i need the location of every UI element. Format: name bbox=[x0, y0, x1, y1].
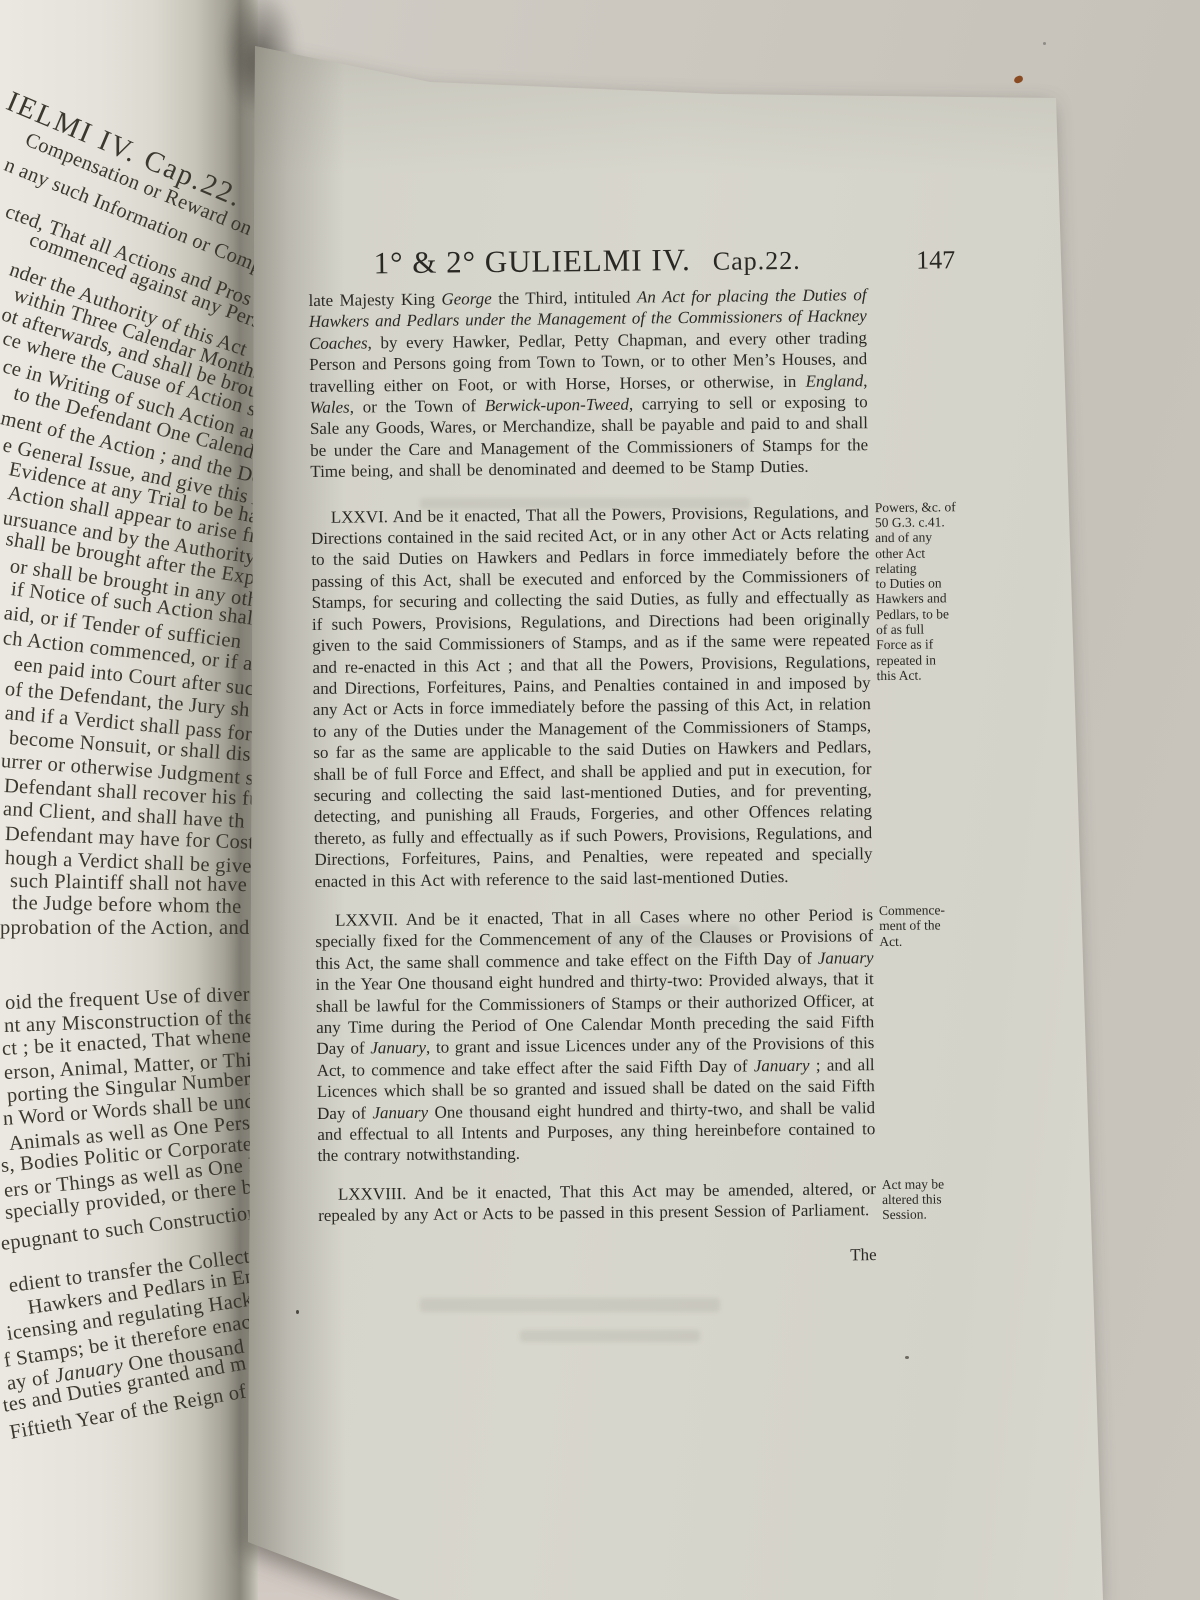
italic-text: January bbox=[818, 948, 874, 968]
regnal-year-title: 1° & 2° GULIELMI IV. bbox=[373, 242, 691, 280]
right-page: 1° & 2° GULIELMI IV.Cap.22. 147 late Maj… bbox=[0, 0, 1200, 1600]
italic-text: January bbox=[372, 1102, 428, 1122]
page-number: 147 bbox=[916, 245, 955, 275]
paragraph-section-lxxvii: LXXVII. And be it enacted, That in all C… bbox=[315, 904, 876, 1167]
margin-note-section-lxxvi: Powers, &c. of 50 G.3. c.41. and of any … bbox=[875, 499, 981, 684]
right-page-text: 1° & 2° GULIELMI IV.Cap.22. 147 late Maj… bbox=[308, 238, 1039, 1270]
header-title-line: 1° & 2° GULIELMI IV.Cap.22. bbox=[308, 240, 866, 282]
right-page-wrap: 1° & 2° GULIELMI IV.Cap.22. 147 late Maj… bbox=[0, 0, 1200, 1600]
paragraph-section-lxxviii: LXXVIII. And be it enacted, That this Ac… bbox=[318, 1178, 876, 1227]
running-header: 1° & 2° GULIELMI IV.Cap.22. 147 bbox=[308, 240, 866, 286]
italic-text: An Act for placing the Duties of Hawkers… bbox=[309, 285, 867, 353]
book-photo: { "book": { "right_page": { "header": { … bbox=[0, 0, 1200, 1600]
margin-note-section-lxxviii: Act may be altered this Session. bbox=[882, 1176, 986, 1223]
small-speck bbox=[905, 1356, 909, 1359]
italic-text: January bbox=[754, 1056, 810, 1076]
chapter-number: Cap.22. bbox=[713, 246, 801, 276]
show-through-smudge bbox=[520, 1330, 700, 1342]
small-speck bbox=[1043, 42, 1046, 45]
italic-text: George bbox=[441, 289, 492, 309]
paragraph-continuation: late Majesty King George the Third, inti… bbox=[308, 284, 868, 482]
italic-text: Berwick-upon-Tweed bbox=[485, 395, 629, 416]
ink-dot bbox=[296, 1310, 299, 1314]
margin-note-section-lxxvii: Commence- ment of the Act. bbox=[879, 902, 983, 949]
paragraph-section-lxxvi: LXXVI. And be it enacted, That all the P… bbox=[311, 501, 873, 892]
italic-text: January bbox=[370, 1038, 426, 1058]
italic-text: England bbox=[805, 371, 863, 391]
act-paragraphs: late Majesty King George the Third, inti… bbox=[308, 282, 1038, 1226]
catchword: The bbox=[319, 1245, 881, 1271]
italic-text: Wales bbox=[310, 398, 350, 417]
show-through-smudge bbox=[420, 1298, 720, 1312]
